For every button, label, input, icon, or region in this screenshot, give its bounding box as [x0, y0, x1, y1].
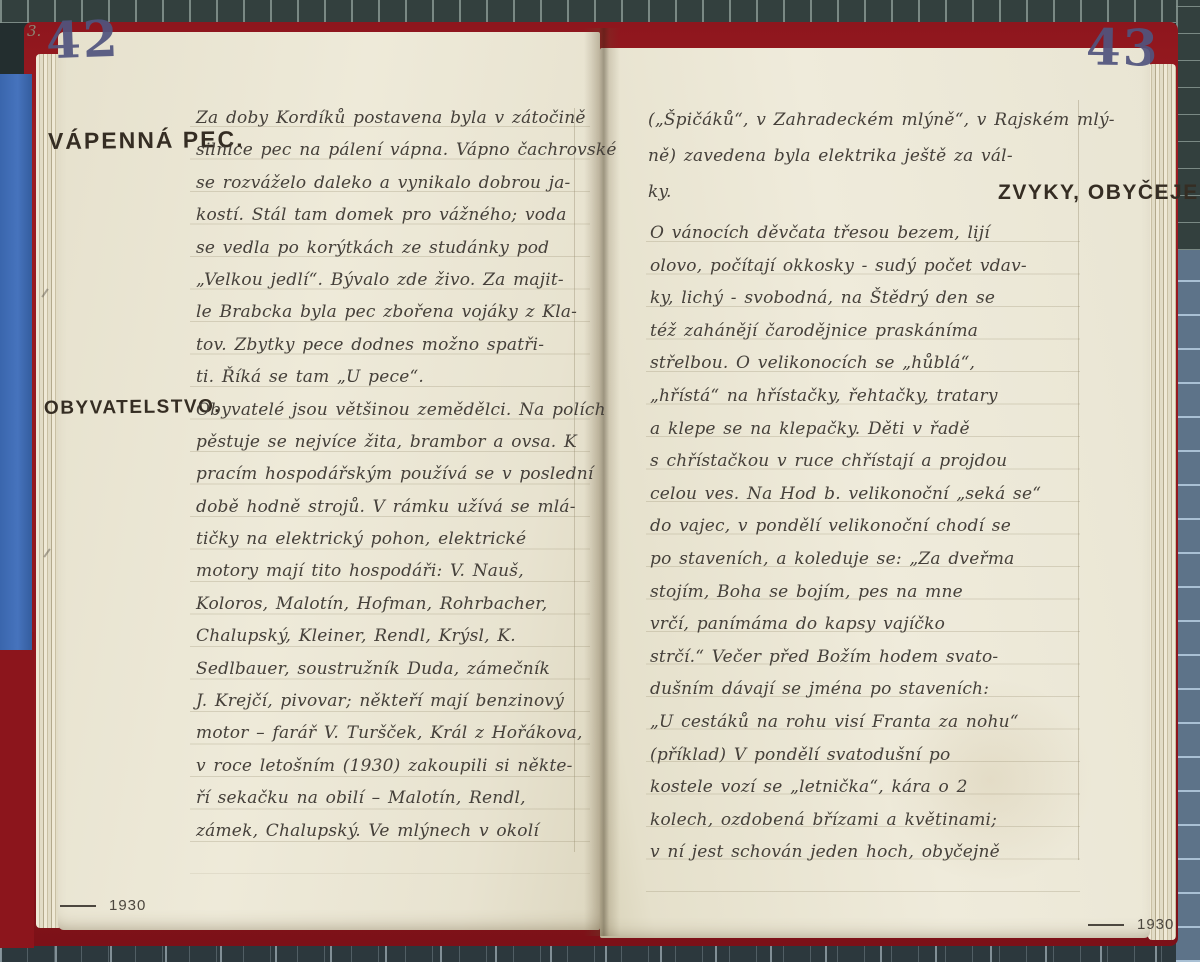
- handwritten-line: ří sekačku na obilí – Malotín, Rendl,: [196, 782, 600, 814]
- handwritten-line: ky, lichý - svobodná, na Štědrý den se: [650, 282, 1090, 315]
- handwritten-line: le Brabcka byla pec zbořena vojáky z Kla…: [196, 296, 600, 328]
- handwritten-line: „U cestáků na rohu visí Franta za nohu“: [650, 706, 1090, 739]
- handwritten-line: motor – farář V. Turšček, Král z Hořákov…: [196, 717, 600, 749]
- handwritten-line: vrčí, panímáma do kapsy vajíčko: [650, 608, 1090, 641]
- handwritten-line: s chřístačkou v ruce chřístají a projdou: [650, 445, 1090, 478]
- handwritten-line: po staveních, a koleduje se: „Za dveřma: [650, 543, 1090, 576]
- photo-scale-ruler-right: [1176, 250, 1200, 962]
- handwritten-line: Sedlbauer, soustružník Duda, zámečník: [196, 653, 600, 685]
- handwritten-line: kolech, ozdobená břízami a květinami;: [650, 804, 1090, 837]
- handwritten-line: pracím hospodářským používá se v posledn…: [196, 458, 600, 490]
- handwritten-line: dušním dávají se jména po staveních:: [650, 673, 1090, 706]
- handwritten-line: O vánocích děvčata třesou bezem, lijí: [650, 217, 1090, 250]
- handwritten-line: Za doby Kordíků postavena byla v zátočin…: [196, 102, 600, 134]
- book-cover-corner: [0, 632, 34, 948]
- photo-scale-ruler-top: [0, 0, 1200, 23]
- handwritten-line: Obyvatelé jsou většinou zemědělci. Na po…: [196, 394, 600, 426]
- year-label: 1930: [109, 897, 146, 914]
- handwritten-line: tičky na elektrický pohon, elektrické: [196, 523, 600, 555]
- handwritten-line: tov. Zbytky pece dodnes možno spatři-: [196, 329, 600, 361]
- handwritten-line: do vajec, v pondělí velikonoční chodí se: [650, 510, 1090, 543]
- page-number-stamp-42: 42: [45, 9, 121, 71]
- handwritten-line: motory mají tito hospodáři: V. Nauš,: [196, 555, 600, 587]
- handwritten-line: ky.: [648, 174, 1028, 210]
- handwritten-line: době hodně strojů. V rámku užívá se mlá-: [196, 491, 600, 523]
- handwritten-line: kostele vozí se „letnička“, kára o 2: [650, 771, 1090, 804]
- handwritten-line: též zahánějí čarodějnice praskáníma: [650, 315, 1090, 348]
- handwritten-line: kostí. Stál tam domek pro vážného; voda: [196, 199, 600, 231]
- handwritten-line: celou ves. Na Hod b. velikonoční „seká s…: [650, 478, 1090, 511]
- handwritten-text-right-top: („Špičáků“, v Zahradeckém mlýně“, v Rajs…: [648, 102, 1028, 210]
- handwritten-line: se vedla po korýtkách ze studánky pod: [196, 232, 600, 264]
- photo-scale-ruler-right-upper: [1176, 0, 1200, 250]
- handwritten-line: silnice pec na pálení vápna. Vápno čachr…: [196, 134, 600, 166]
- year-mark-right: 1930: [1088, 916, 1174, 933]
- handwritten-line: a klepe se na klepačky. Děti v řadě: [650, 413, 1090, 446]
- pencil-corner-note: 3.: [27, 22, 41, 40]
- handwritten-line: (příklad) V pondělí svatodušní po: [650, 739, 1090, 772]
- year-dash-icon: [60, 905, 96, 907]
- handwritten-line: J. Krejčí, pivovar; někteří mají benzino…: [196, 685, 600, 717]
- chronicle-photo: 3. 42 VÁPENNÁ PEC. OBYVATELSTVO. Za doby…: [0, 0, 1200, 962]
- year-label: 1930: [1137, 916, 1174, 933]
- page-number-stamp-43: 43: [1085, 17, 1160, 77]
- year-mark-left: 1930: [60, 897, 146, 914]
- handwritten-line: střelbou. O velikonocích se „hůblá“,: [650, 347, 1090, 380]
- handwritten-line: „hřístá“ na hřístačky, řehtačky, tratary: [650, 380, 1090, 413]
- handwritten-line: ti. Říká se tam „U pece“.: [196, 361, 600, 393]
- handwritten-line: v ní jest schován jeden hoch, obyčejně: [650, 836, 1090, 869]
- handwritten-line: („Špičáků“, v Zahradeckém mlýně“, v Rajs…: [648, 102, 1028, 138]
- year-dash-icon: [1088, 924, 1124, 926]
- section-header-obyvatelstvo: OBYVATELSTVO.: [44, 396, 221, 420]
- handwritten-line: v roce letošním (1930) zakoupili si někt…: [196, 750, 600, 782]
- handwritten-line: ně) zavedena byla elektrika ještě za vál…: [648, 138, 1028, 174]
- handwritten-text-right: O vánocích děvčata třesou bezem, lijíolo…: [650, 217, 1090, 869]
- handwritten-line: zámek, Chalupský. Ve mlýnech v okolí: [196, 815, 600, 847]
- handwritten-line: se rozváželo daleko a vynikalo dobrou ja…: [196, 167, 600, 199]
- handwritten-line: olovo, počítají okkosky - sudý počet vda…: [650, 250, 1090, 283]
- handwritten-line: strčí.“ Večer před Božím hodem svato-: [650, 641, 1090, 674]
- handwritten-line: „Velkou jedlí“. Bývalo zde živo. Za maji…: [196, 264, 600, 296]
- section-header-zvyky-obyceje: ZVYKY, OBYČEJE: [998, 181, 1199, 205]
- handwritten-line: pěstuje se nejvíce žita, brambor a ovsa.…: [196, 426, 600, 458]
- handwritten-text-left: Za doby Kordíků postavena byla v zátočin…: [196, 102, 600, 847]
- handwritten-line: stojím, Boha se bojím, pes na mne: [650, 576, 1090, 609]
- book-spine-blue: [0, 74, 32, 650]
- handwritten-line: Chalupský, Kleiner, Rendl, Krýsl, K.: [196, 620, 600, 652]
- handwritten-line: Koloros, Malotín, Hofman, Rohrbacher,: [196, 588, 600, 620]
